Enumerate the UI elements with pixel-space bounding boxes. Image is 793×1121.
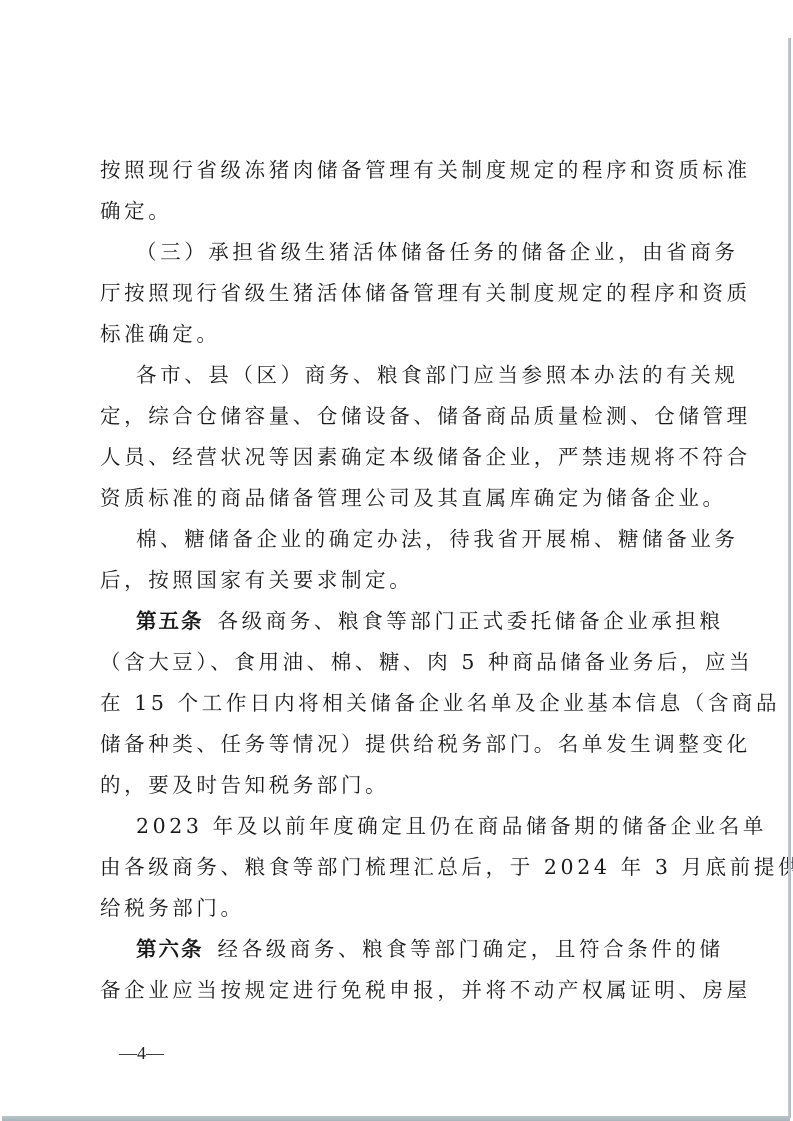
- article-six-line-2: 备企业应当按规定进行免税申报，并将不动产权属证明、房屋: [100, 970, 700, 1011]
- local-dept-line-1: 各市、县（区）商务、粮食部门应当参照本办法的有关规: [100, 355, 700, 396]
- clause-three-line-2: 厅按照现行省级生猪活体储备管理有关制度规定的程序和资质: [100, 273, 700, 314]
- document-body: 按照现行省级冻猪肉储备管理有关制度规定的程序和资质标准 确定。 （三）承担省级生…: [100, 150, 700, 1011]
- article-six-text: 经各级商务、粮食等部门确定，且符合条件的储: [218, 937, 724, 961]
- article-six-heading: 第六条: [136, 937, 204, 961]
- article-five-line-2: （含大豆）、食用油、棉、糖、肉 5 种商品储备业务后，应当: [100, 642, 700, 683]
- page-number: —4—: [119, 1043, 164, 1064]
- local-dept-line-2: 定，综合仓储容量、仓储设备、储备商品质量检测、仓储管理: [100, 396, 700, 437]
- scan-border-right: [788, 38, 791, 1118]
- year-2023-line-3: 给税务部门。: [100, 888, 700, 929]
- local-dept-line-4: 资质标准的商品储备管理公司及其直属库确定为储备企业。: [100, 478, 700, 519]
- clause-three-line-3: 标准确定。: [100, 314, 700, 355]
- scan-border-bottom: [2, 1116, 790, 1121]
- article-five-line-3: 在 15 个工作日内将相关储备企业名单及企业基本信息（含商品: [100, 683, 700, 724]
- document-page: 按照现行省级冻猪肉储备管理有关制度规定的程序和资质标准 确定。 （三）承担省级生…: [0, 0, 793, 1121]
- cotton-sugar-line-2: 后，按照国家有关要求制定。: [100, 560, 700, 601]
- year-2023-line-2: 由各级商务、粮食等部门梳理汇总后，于 2024 年 3 月底前提供: [100, 847, 700, 888]
- article-six-line-1: 第六条经各级商务、粮食等部门确定，且符合条件的储: [100, 929, 700, 970]
- article-five-line-4: 储备种类、任务等情况）提供给税务部门。名单发生调整变化: [100, 724, 700, 765]
- cotton-sugar-line-1: 棉、糖储备企业的确定办法，待我省开展棉、糖储备业务: [100, 519, 700, 560]
- clause-three-line-1: （三）承担省级生猪活体储备任务的储备企业，由省商务: [100, 232, 700, 273]
- article-five-line-1: 第五条各级商务、粮食等部门正式委托储备企业承担粮: [100, 601, 700, 642]
- text-line-1: 按照现行省级冻猪肉储备管理有关制度规定的程序和资质标准: [100, 150, 700, 191]
- text-line-2: 确定。: [100, 191, 700, 232]
- article-five-text: 各级商务、粮食等部门正式委托储备企业承担粮: [218, 609, 724, 633]
- year-2023-line-1: 2023 年及以前年度确定且仍在商品储备期的储备企业名单: [100, 806, 700, 847]
- local-dept-line-3: 人员、经营状况等因素确定本级储备企业，严禁违规将不符合: [100, 437, 700, 478]
- article-five-line-5: 的，要及时告知税务部门。: [100, 765, 700, 806]
- article-five-heading: 第五条: [136, 609, 204, 633]
